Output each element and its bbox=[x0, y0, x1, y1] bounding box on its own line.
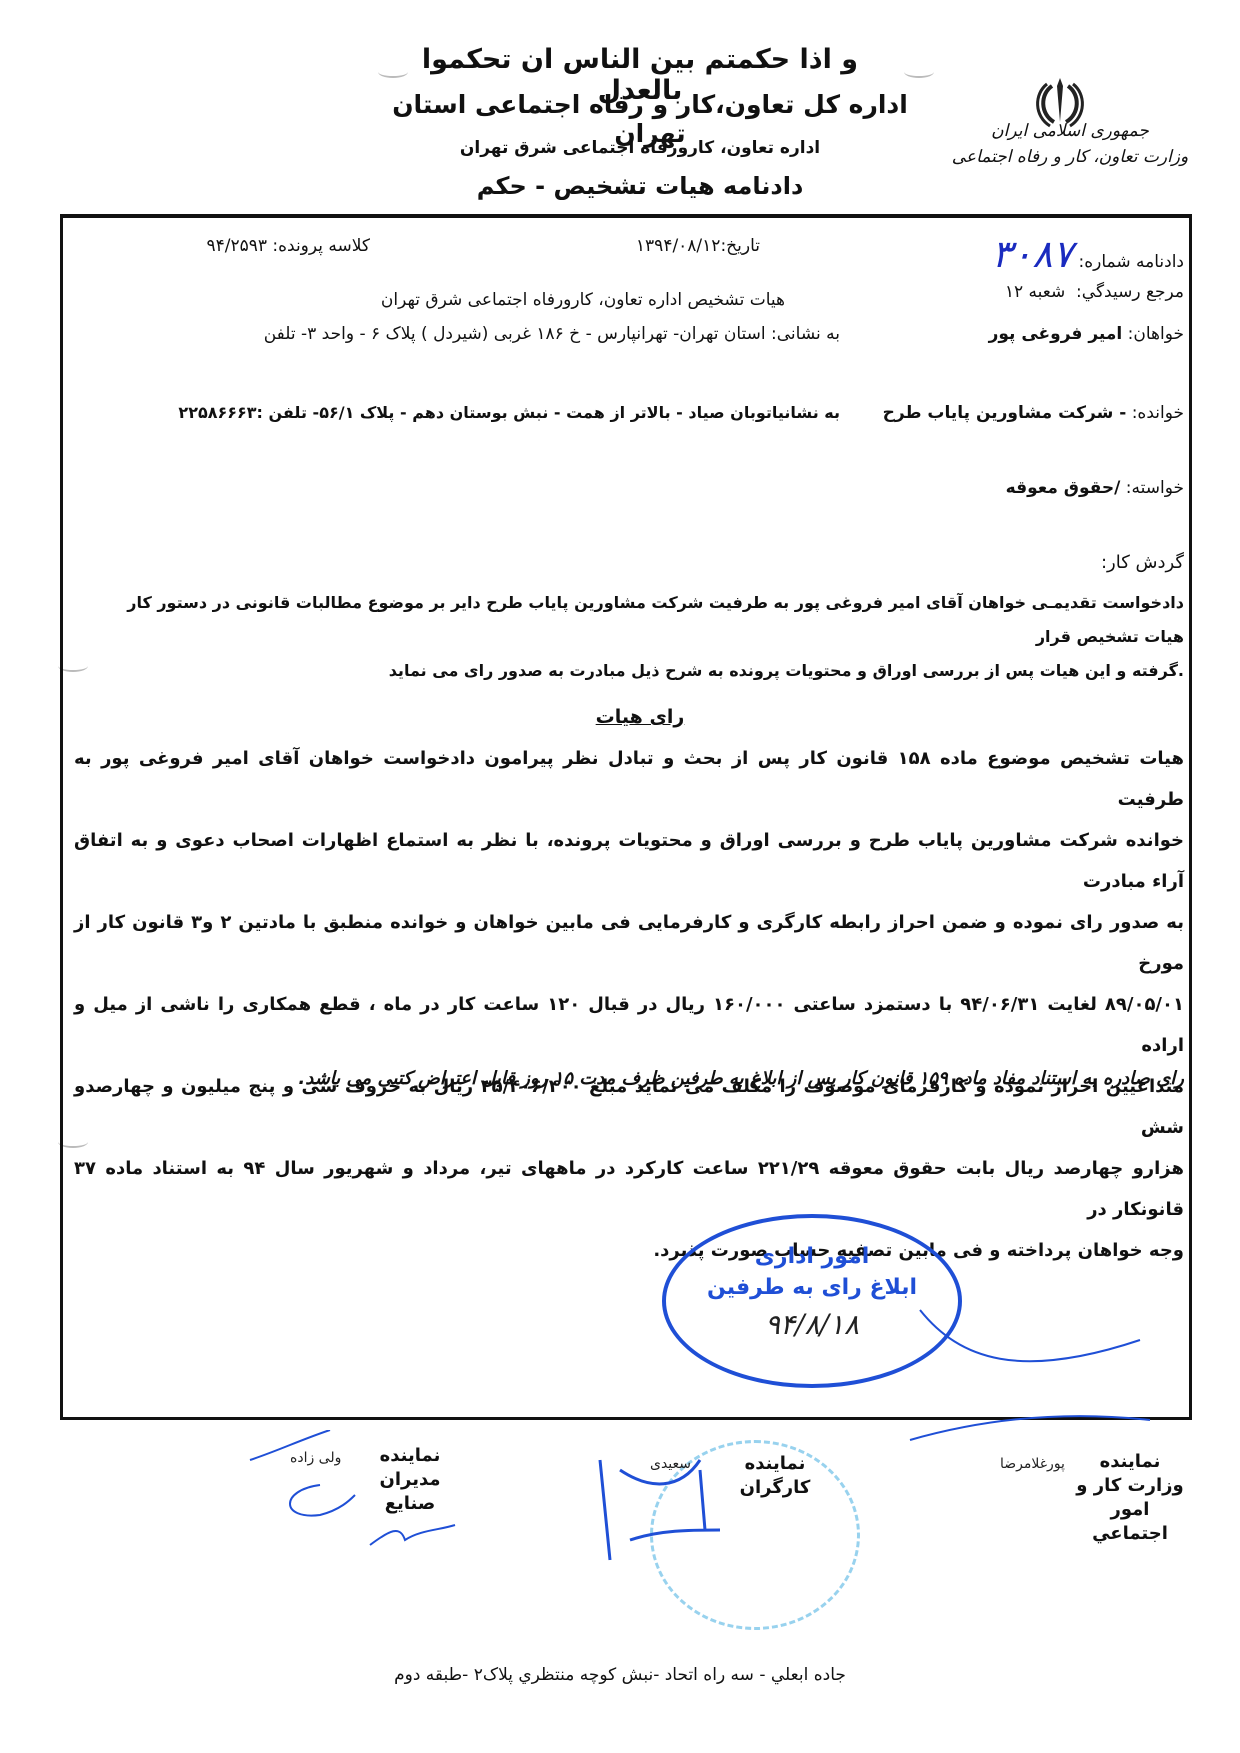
claim-row: خواسته: /حقوق معوقه bbox=[1006, 478, 1184, 498]
defendant-address: به نشانياتوبان صیاد - بالاتر از همت - نب… bbox=[178, 403, 840, 422]
verdict-line: وجه خواهان پرداخته و فی مابین تصفیه حساب… bbox=[74, 1230, 1184, 1271]
verdict-line: به صدور رای نموده و ضمن احراز رابطه کارگ… bbox=[74, 902, 1184, 984]
verdict-line: خوانده شرکت مشاورین پایاب طرح و بررسی او… bbox=[74, 820, 1184, 902]
date-value: ۱۳۹۴/۰۸/۱۲ bbox=[636, 236, 721, 256]
workflow-heading: گردش کار: bbox=[1101, 552, 1184, 573]
appeal-note: رای صادره به استناد مفاد ماده ۱۵۹ قانون … bbox=[298, 1068, 1184, 1089]
ministry-caption: جمهوری اسلامی ایران وزارت تعاون، کار و ر… bbox=[950, 118, 1190, 170]
stamp-line: امور اداری bbox=[666, 1244, 958, 1269]
authority-detail: هیات تشخیص اداره تعاون، کارورفاه اجتماعی… bbox=[381, 290, 785, 310]
file-class-label: کلاسه پرونده: bbox=[272, 236, 370, 256]
signature-title: نماینده bbox=[720, 1452, 830, 1476]
verdict-line: هزارو چهارصد ریال بابت حقوق معوقه ۲۲۱/۲۹… bbox=[74, 1148, 1184, 1230]
document-title: دادنامه هیات تشخیص - حکم bbox=[380, 172, 900, 200]
signature-title: نماینده bbox=[1070, 1450, 1190, 1474]
ministry-line: وزارت تعاون، کار و رفاه اجتماعی bbox=[950, 144, 1190, 170]
workflow-line: دادخواست تقدیمـی خواهان آقای امیر فروغی … bbox=[84, 586, 1184, 654]
plaintiff-row: خواهان: امیر فروغی پور bbox=[989, 324, 1184, 344]
file-class-row: کلاسه پرونده: ۹۴/۲۵۹۳ bbox=[206, 236, 370, 256]
signature-title: امور اجتماعي bbox=[1070, 1498, 1190, 1546]
defendant-name: - شرکت مشاورین پایاب طرح bbox=[883, 403, 1127, 423]
verdict-number-row: دادنامه شماره: ۳۰۸۷ bbox=[991, 232, 1184, 276]
verdict-number: ۳۰۸۷ bbox=[991, 232, 1073, 276]
defendant-row: خوانده: - شرکت مشاورین پایاب طرح bbox=[883, 403, 1184, 423]
signature-scribble-icon bbox=[590, 1450, 730, 1570]
sub-organization-title: اداره تعاون، کارورفاه اجتماعی شرق تهران bbox=[380, 138, 900, 158]
scan-mark bbox=[904, 66, 934, 78]
footer-address: جاده ابعلي - سه راه اتحاد -نبش کوچه منتظ… bbox=[300, 1665, 940, 1685]
plaintiff-label: خواهان: bbox=[1128, 324, 1184, 344]
signature-title: وزارت کار و bbox=[1070, 1474, 1190, 1498]
signature-scribble-icon bbox=[900, 1300, 1160, 1460]
defendant-label: خوانده: bbox=[1132, 403, 1184, 423]
signature-title: کارگران bbox=[720, 1476, 830, 1500]
stamp-line: ابلاغ رای به طرفین bbox=[666, 1275, 958, 1300]
workflow-text: دادخواست تقدیمـی خواهان آقای امیر فروغی … bbox=[84, 586, 1184, 688]
verdict-body: هیات تشخیص موضوع ماده ۱۵۸ قانون کار پس ا… bbox=[74, 738, 1184, 1271]
plaintiff-name: امیر فروغی پور bbox=[989, 324, 1123, 344]
signer-name: پورغلامرضا bbox=[1000, 1456, 1065, 1472]
claim-label: خواسته: bbox=[1126, 478, 1184, 498]
plaintiff-address: به نشانی: استان تهران- تهرانپارس - خ ۱۸۶… bbox=[264, 324, 840, 344]
verdict-heading: رای هیات bbox=[560, 706, 720, 728]
signature-ministry: نماینده وزارت کار و امور اجتماعي bbox=[1070, 1450, 1190, 1546]
date-label: تاریخ: bbox=[720, 236, 760, 256]
verdict-number-label: دادنامه شماره: bbox=[1079, 252, 1185, 272]
verdict-line: هیات تشخیص موضوع ماده ۱۵۸ قانون کار پس ا… bbox=[74, 738, 1184, 820]
file-class-value: ۹۴/۲۵۹۳ bbox=[206, 236, 267, 256]
ministry-line: جمهوری اسلامی ایران bbox=[950, 118, 1190, 144]
signature-scribble-icon bbox=[240, 1430, 460, 1550]
authority-label: مرجع رسیدگي: bbox=[1076, 282, 1184, 302]
workflow-line: .گرفته و این هیات پس از بررسی اوراق و مح… bbox=[84, 654, 1184, 688]
scan-mark bbox=[378, 66, 408, 78]
claim-value: /حقوق معوقه bbox=[1006, 478, 1121, 498]
signature-workers: نماینده کارگران bbox=[720, 1452, 830, 1500]
date-row: تاریخ:۱۳۹۴/۰۸/۱۲ bbox=[636, 236, 760, 256]
verdict-line: ۸۹/۰۵/۰۱ لغایت ۹۴/۰۶/۳۱ با دستمزد ساعتی … bbox=[74, 984, 1184, 1066]
authority-row: مرجع رسیدگي: شعبه ۱۲ bbox=[1005, 282, 1184, 302]
authority-value: شعبه ۱۲ bbox=[1005, 282, 1065, 302]
